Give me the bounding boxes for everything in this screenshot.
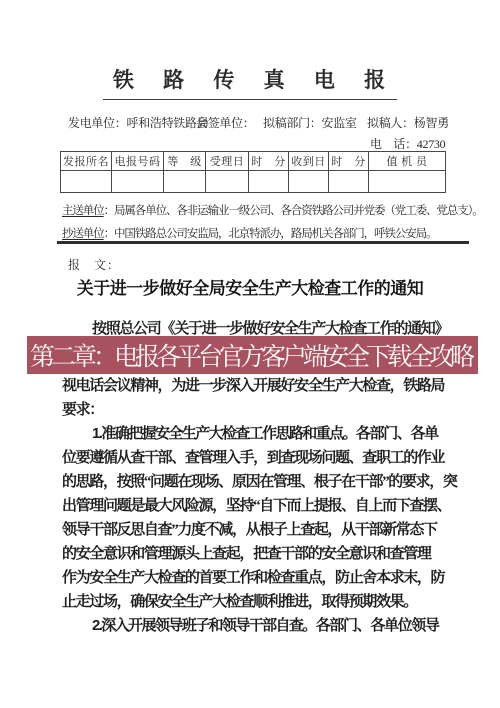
draft-dept-field: 拟稿部门：安监室 xyxy=(263,114,357,131)
table-header-operator: 值 机 员 xyxy=(369,152,446,171)
table-empty-cell xyxy=(164,171,206,193)
chapter-overlay-banner: 第二章：电报各平台官方客户端安全下载全攻略 xyxy=(27,336,478,374)
table-empty-cell xyxy=(329,171,369,193)
table-empty-cell xyxy=(206,171,249,193)
section-divider xyxy=(57,241,469,244)
message-body: 视电话会议精神，为进一步深入开展好安全生产大检查，铁路局 要求： 1.准确把握安… xyxy=(62,374,454,638)
body-line: 领导干部反思自查”力度不减，从根子上查起，从干部新常态下 xyxy=(62,518,454,542)
phone-field: 电 话：42730 xyxy=(370,135,445,152)
table-header-accept-date: 受理日 xyxy=(206,152,249,171)
copy-recipients-line: 抄送单位：中国铁路总公司安监局，北京特派办，路局机关各部门，呼铁公安局。 xyxy=(62,225,436,241)
table-header-receive-time: 时 分 xyxy=(329,152,369,171)
table-empty-cell xyxy=(112,171,164,193)
routing-table: 发报所名 电报号码 等 级 受理日 时 分 收到日 时 分 值 机 员 xyxy=(60,151,446,193)
table-empty-cell xyxy=(369,171,446,193)
body-line: 止走过场，确保安全生产大检查顺利推进，取得预期效果。 xyxy=(62,590,454,614)
countersign-unit-field: 会签单位： xyxy=(196,114,255,131)
copy-recipients-label: 抄送单位 xyxy=(62,228,104,240)
table-header-telegram-no: 电报号码 xyxy=(112,152,164,171)
table-header-grade: 等 级 xyxy=(164,152,206,171)
drafter-field: 拟稿人：杨智勇 xyxy=(367,114,449,131)
body-line: 1.准确把握安全生产大检查工作思路和重点。各部门、各单 xyxy=(62,422,454,446)
table-empty-cell xyxy=(249,171,289,193)
body-line: 的安全意识和管理源头上查起，把查干部的安全意识和查管理 xyxy=(62,542,454,566)
body-line: 视电话会议精神，为进一步深入开展好安全生产大检查，铁路局 xyxy=(62,374,454,398)
document-title: 铁 路 传 真 电 报 xyxy=(103,64,397,100)
table-header-accept-time: 时 分 xyxy=(249,152,289,171)
main-recipients-text: ：局属各单位、各非运输业一级公司、各合资铁路公司并党委（党工委、党总支）。 xyxy=(104,205,483,217)
body-line: 作为安全生产大检查的首要工作和检查重点，防止舍本求末，防 xyxy=(62,566,454,590)
body-line: 位要遵循从查干部、查管理入手，到查现场问题、查职工的作业 xyxy=(62,446,454,470)
intro-paragraph-line: 按照总公司《关于进一步做好安全生产大检查工作的通知》 xyxy=(92,317,448,338)
table-header-station: 发报所名 xyxy=(61,152,112,171)
body-line: 2.深入开展领导班子和领导干部自查。各部门、各单位领导 xyxy=(62,614,454,638)
chapter-banner-text: 第二章：电报各平台官方客户端安全下载全攻略 xyxy=(30,337,475,373)
table-empty-cell xyxy=(289,171,329,193)
main-recipients-label: 主送单位 xyxy=(62,205,104,217)
body-line: 要求： xyxy=(62,398,454,422)
main-recipients-line: 主送单位：局属各单位、各非运输业一级公司、各合资铁路公司并党委（党工委、党总支）… xyxy=(62,202,483,218)
table-empty-cell xyxy=(61,171,112,193)
copy-recipients-text: ：中国铁路总公司安监局，北京特派办，路局机关各部门，呼铁公安局。 xyxy=(104,228,437,240)
message-label: 报 文： xyxy=(68,256,120,273)
body-line: 的思路，按照“问题在现场、原因在管理、根子在干部”的要求，突 xyxy=(62,470,454,494)
sender-unit-field: 发电单位：呼和浩特铁路局 xyxy=(68,114,208,131)
masthead: 铁 路 传 真 电 报 xyxy=(0,64,500,100)
table-header-receive-date: 收到日 xyxy=(289,152,329,171)
body-line: 出管理问题是最大风险源，坚持“自下而上提报、自上而下查摆、 xyxy=(62,494,454,518)
telegram-document-page: 铁 路 传 真 电 报 发电单位：呼和浩特铁路局 会签单位： 拟稿部门：安监室 … xyxy=(0,0,500,708)
notice-title: 关于进一步做好全局安全生产大检查工作的通知 xyxy=(77,279,424,298)
table-empty-row xyxy=(61,171,446,193)
notice-title-row: 关于进一步做好全局安全生产大检查工作的通知 xyxy=(0,274,500,299)
